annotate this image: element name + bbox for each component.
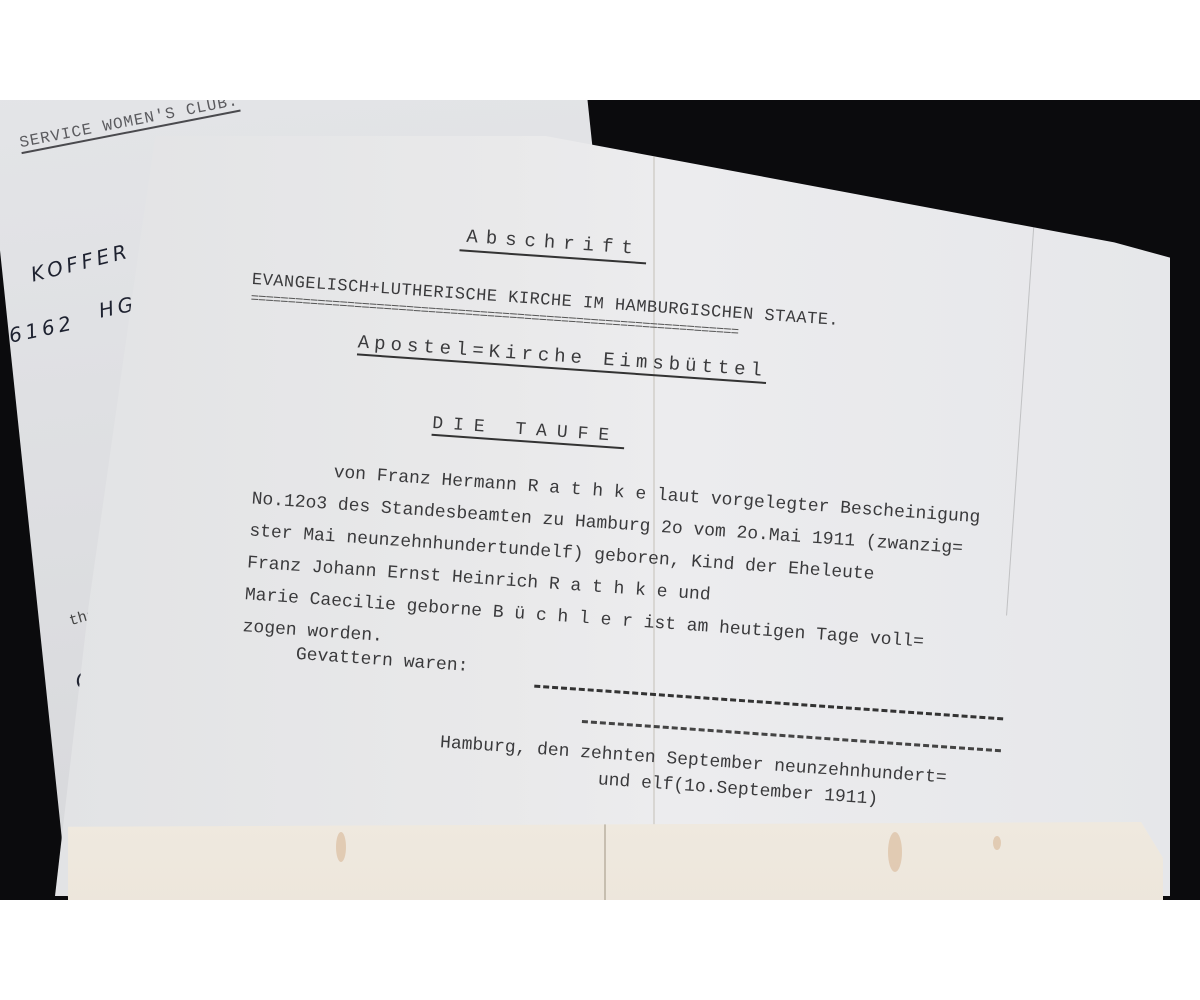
front-sheet-fold	[604, 822, 606, 900]
section-heading: DIE TAUFE	[431, 414, 625, 449]
handwritten-number: 6162	[7, 310, 77, 347]
age-stain	[336, 832, 346, 862]
front-sheet	[68, 822, 1163, 900]
parish-name: Apostel=Kirche Eimsbüttel	[357, 331, 768, 384]
age-stain	[888, 832, 902, 872]
handwritten-koffer: KOFFER	[28, 239, 133, 287]
document-title: Abschrift	[459, 225, 647, 264]
document-photo: SERVICE WOMEN'S CLUB. KOFFER 6162 HG tha…	[0, 100, 1200, 900]
age-stain	[993, 836, 1001, 850]
baptism-certificate: Abschrift EVANGELISCH+LUTHERISCHE KIRCHE…	[55, 136, 1170, 896]
certificate-text: Abschrift EVANGELISCH+LUTHERISCHE KIRCHE…	[9, 122, 1174, 900]
